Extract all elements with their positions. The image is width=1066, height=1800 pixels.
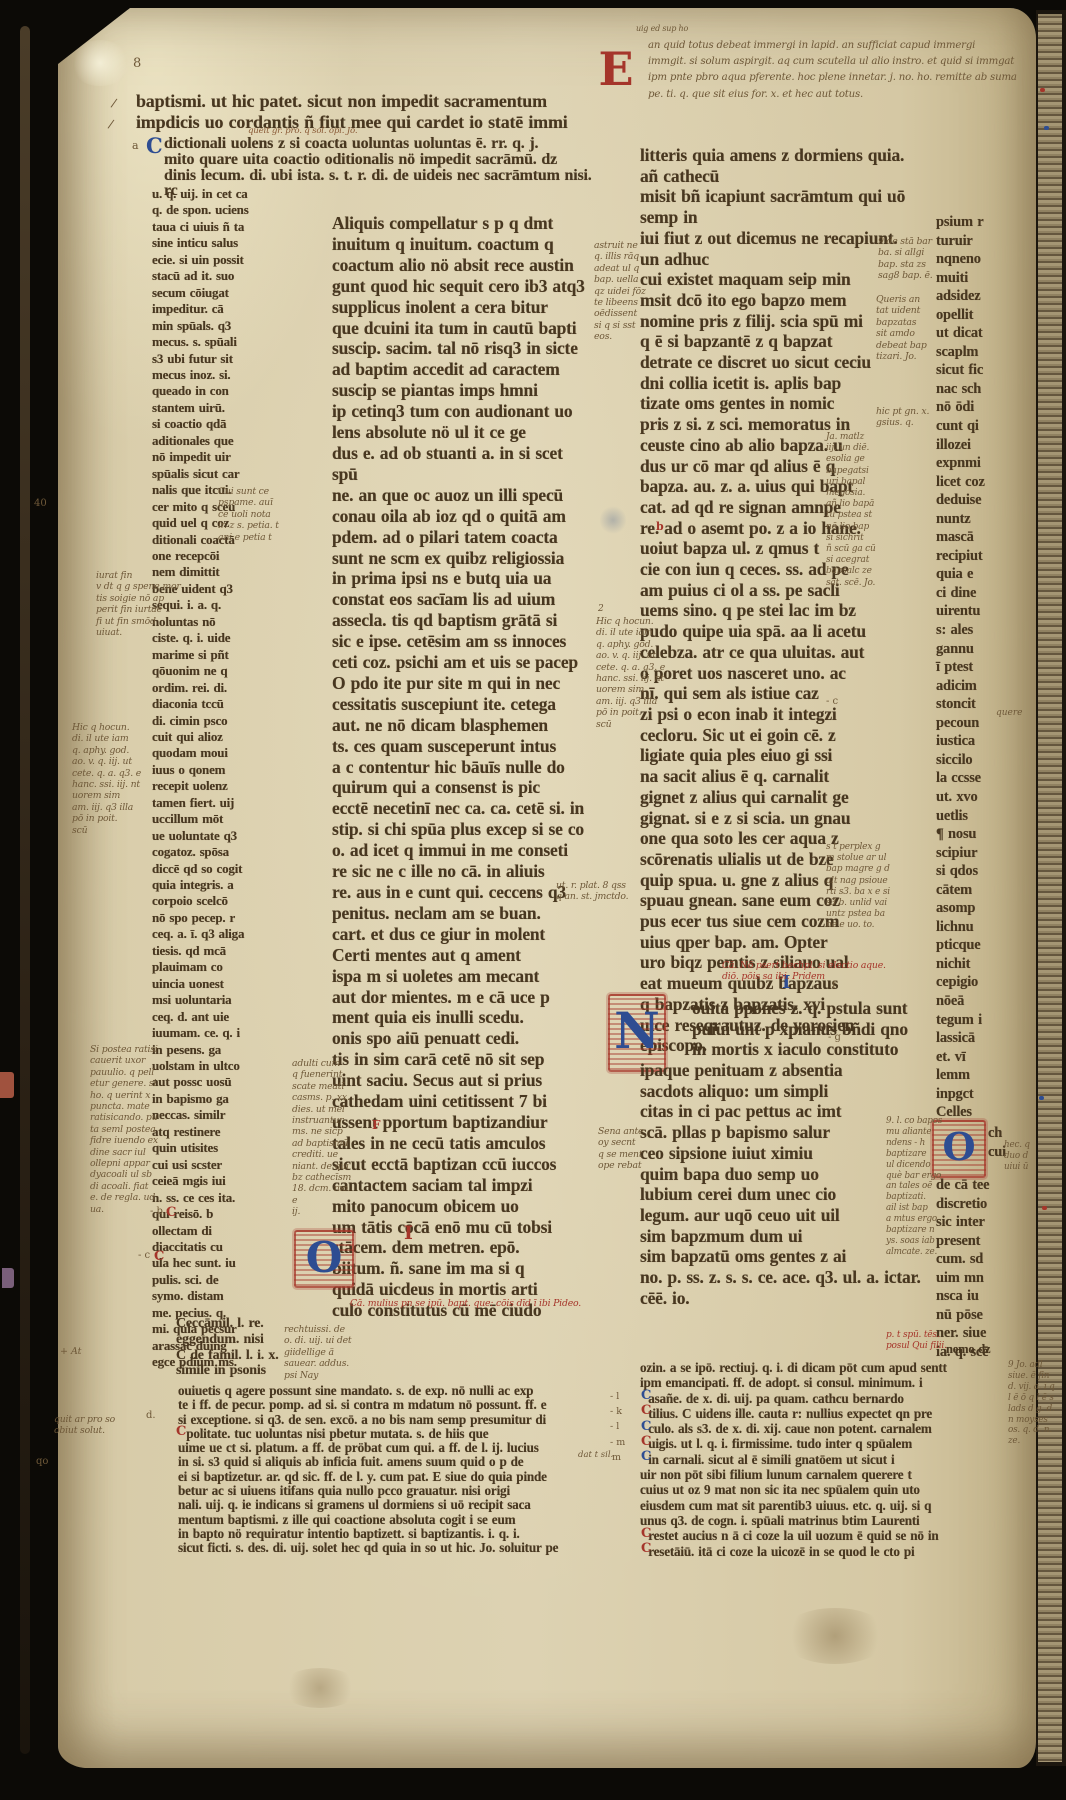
gloss-right-margin-7: 9 Jo. adl siue. ē fin d. vij. a. i q l ē… xyxy=(1008,1360,1056,1447)
middle-column: Aliquis compellatur s p q dmt inuitum q … xyxy=(332,213,590,1321)
gloss-left-margin-3: Si postea ratisi cauerit uxor pauulio. q… xyxy=(90,1044,182,1215)
initial-I-red: I xyxy=(404,1222,413,1244)
gloss-right-margin-4: Ja. matlz iij. un diē. esolia ge bapegat… xyxy=(826,432,936,589)
gloss-left-margin-1: iurat fin v dt q g spene mor tis soigie … xyxy=(96,570,196,638)
far-right-column: psium r turuir nqneno muiti adsidez opel… xyxy=(936,213,1008,1122)
stain xyxy=(780,1608,890,1664)
gloss-adulti: adulti cum q fuenerint scate meatī casms… xyxy=(292,1058,358,1218)
initial-E-rubric: E xyxy=(592,40,640,100)
gloss-sena: Sena ante oy secnt q se ment ope rebat xyxy=(598,1126,662,1172)
gloss-intercolumn-mid: ut. r. plat. 8 qss q an. st. jmctdo. xyxy=(556,880,646,903)
highlight-spot xyxy=(70,40,130,86)
blue-smudge xyxy=(600,505,626,535)
margin-letter-f-right: f xyxy=(832,980,836,991)
top-tiny-note: uig ed sup ho xyxy=(636,24,688,33)
paraph-C-blue: C xyxy=(641,1449,651,1464)
margin-letter-c: - c xyxy=(138,1250,150,1261)
paraph-C-red: C xyxy=(641,1403,651,1418)
margin-note-datsil: dat t sil. xyxy=(578,1450,613,1460)
paraph-C-red: C xyxy=(641,1541,651,1556)
fore-edge-blue-fleck xyxy=(1039,1096,1044,1100)
margin-letter-g-right: - g xyxy=(828,1032,841,1043)
margin-letter-c-right: - c xyxy=(826,696,838,707)
paraph-C-red: C xyxy=(176,1424,186,1439)
entry-mark: m xyxy=(612,1452,621,1463)
paraph-C-blue: C xyxy=(641,1388,651,1403)
gloss-left-margin-2: Hic q hocun. di. il ute iam q. aphy. god… xyxy=(72,722,152,836)
margin-quire-mark: 40 xyxy=(34,498,47,509)
gloss-right-margin-5: s t perplex g m stolue ar ul bap magre g… xyxy=(826,842,938,932)
manuscript-photo: 8 uig ed sup ho E an quid totus debeat i… xyxy=(0,0,1066,1800)
header-lines: baptismi. ut hic patet. sicut non impedi… xyxy=(136,91,588,132)
leather-tab xyxy=(2,1268,14,1288)
adjacent-page-text-edge xyxy=(1038,14,1062,1762)
fore-edge-red-fleck xyxy=(1042,1206,1047,1210)
fore-edge-blue-fleck xyxy=(1044,126,1049,130)
paraph-C-blue: C xyxy=(641,1419,651,1434)
margin-plus-note: + At xyxy=(60,1346,82,1357)
red-caption-bottom-right: p. t spū. tēs. posul Qui filii. xyxy=(886,1330,982,1352)
gloss-fore-edge: hec. q duo d uiui ū xyxy=(1004,1140,1048,1173)
paraph-C-red: C xyxy=(641,1526,651,1541)
paraph-C-red: C xyxy=(154,1249,164,1264)
right-column-n-indent: ouita ppones z. q. pstula sunt puiui unt… xyxy=(692,998,922,1060)
entry-mark: - l xyxy=(610,1421,619,1432)
entry-mark: - l xyxy=(610,1391,619,1402)
bottom-right-block: ozin. a se ipō. rectiuj. q. i. di dicam … xyxy=(640,1360,1026,1559)
paraph-C-red: C xyxy=(641,1434,651,1449)
gloss-far-left-bottom: quit ar pro so obiut solut. xyxy=(54,1414,140,1437)
paraph-C-blue: C xyxy=(146,133,163,158)
initial-O-puzzle: O xyxy=(294,1230,354,1288)
gloss-bottom-left: rechtuissi. de o. di. uij. ui det giidel… xyxy=(284,1324,380,1381)
folio-number: 8 xyxy=(133,56,141,71)
top-right-gloss: an quid totus debeat immergi in lapid. a… xyxy=(648,38,1052,103)
gloss-intercolumn-top: astruit ne q. illis rāq adeat ul q bap. … xyxy=(594,240,660,343)
gloss-intercolumn-ergo: Hic q hocun. di. il ute iam q. aphy. god… xyxy=(596,616,666,730)
page-stack-edge xyxy=(20,26,30,1754)
gloss-left-column-insert: Cui sunt ce pspame. auī ce uoli nota lr.… xyxy=(218,486,294,543)
margin-quere-note: quere xyxy=(996,708,1023,718)
red-caption-right: Cā. Nō psert bechpl. si electio aque. di… xyxy=(722,960,922,983)
letter-F-red: F xyxy=(372,1118,381,1132)
leather-tab xyxy=(0,1072,14,1098)
margin-letter-a: a xyxy=(132,139,139,152)
entry-mark: - m xyxy=(610,1437,625,1448)
bottom-left-block: ouiuetis q agere possunt sine mandato. s… xyxy=(178,1384,608,1556)
red-caption-middle: Cā. mulius pn se ipū. bapt. que: cōis dī… xyxy=(350,1298,590,1309)
gloss-marker-2: 2 xyxy=(598,604,604,614)
book-fore-edge xyxy=(1036,10,1066,1766)
entry-mark: - k xyxy=(610,1406,622,1417)
gloss-right-margin-1: 9 de stā bar ba. si allgi bap. sta zs sa… xyxy=(878,236,940,282)
margin-quire-mark: qo xyxy=(36,1456,48,1467)
margin-letter-d: d. xyxy=(146,1410,156,1421)
gloss-right-margin-3: hic pt gn. x. gsius. q. xyxy=(876,406,938,429)
gloss-right-margin-2: Queris an tat uident bapzatas sit amdo d… xyxy=(876,294,940,362)
stain xyxy=(280,1668,360,1708)
gloss-right-margin-6: 9. l. co bapos mu aliante ndens - h bapt… xyxy=(886,1116,944,1258)
